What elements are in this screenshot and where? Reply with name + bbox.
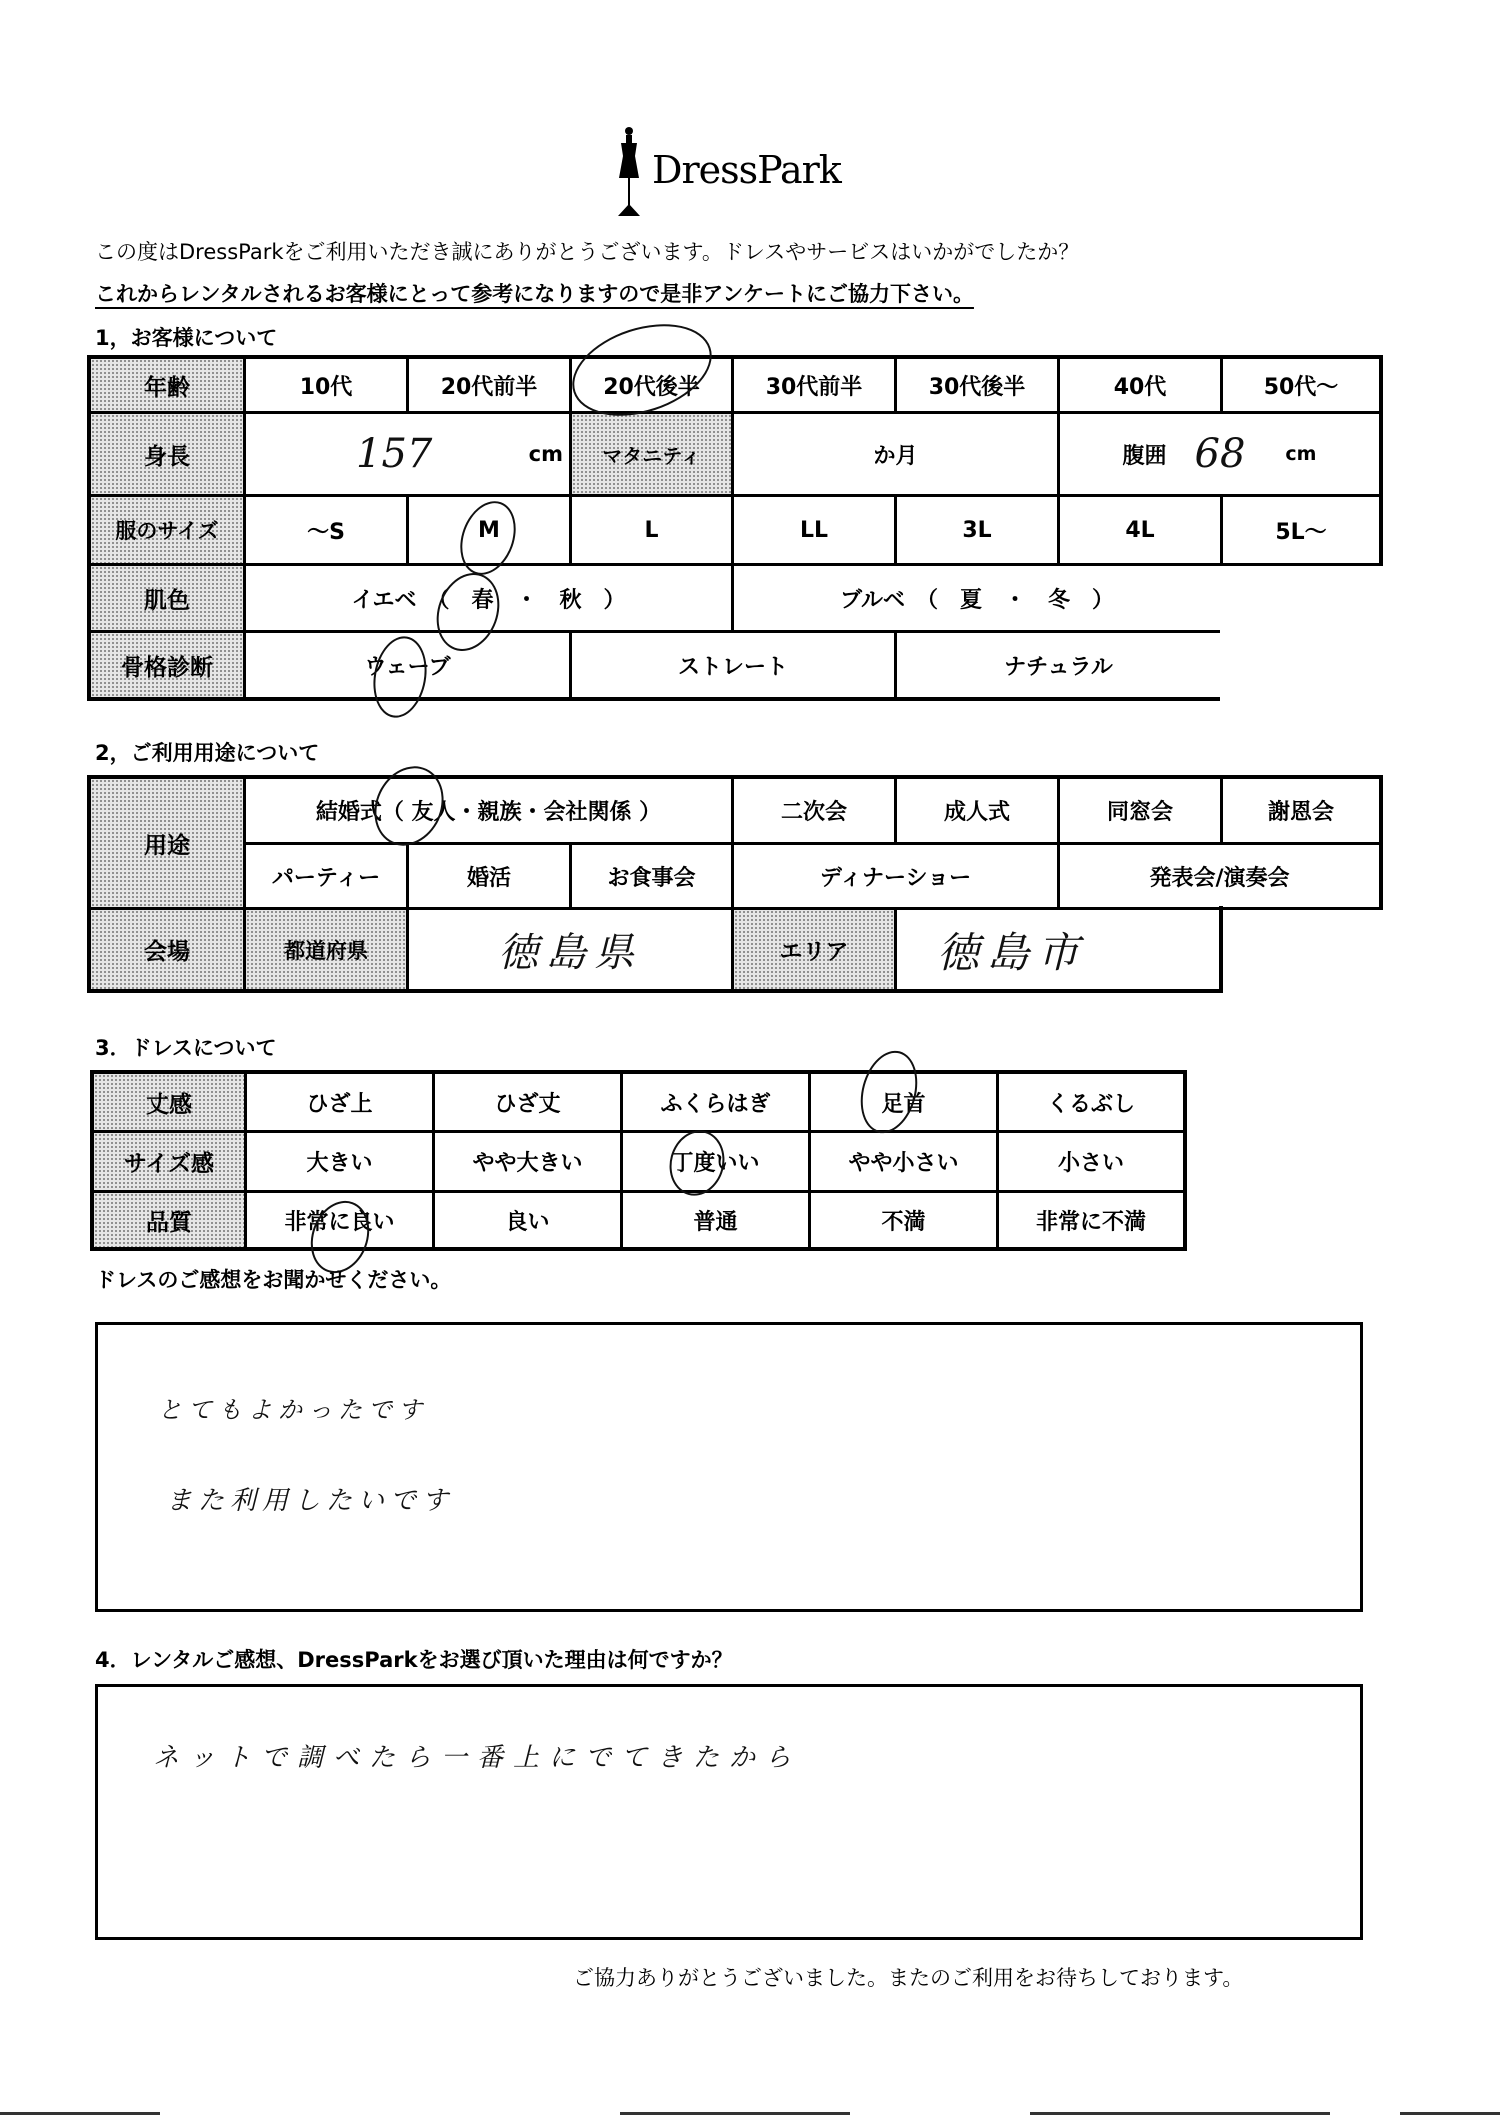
length-label: 丈感 <box>94 1074 247 1133</box>
prefecture-field[interactable]: 徳島県 <box>409 910 734 989</box>
brand-name: DressPark <box>652 148 841 192</box>
prefecture-label: 都道府県 <box>246 910 409 989</box>
purpose-option[interactable]: 婚活 <box>409 845 572 910</box>
skin-yellow-option[interactable]: イエベ （ 春 ・ 秋 ） <box>246 566 734 633</box>
age-option[interactable]: 20代前半 <box>409 359 572 414</box>
intro-thanks: この度はDressParkをご利用いただき誠にありがとうございます。ドレスやサー… <box>95 236 1079 266</box>
purpose-option[interactable]: お食事会 <box>572 845 734 910</box>
purpose-option[interactable]: 謝恩会 <box>1223 779 1379 845</box>
waist-unit: cm <box>1285 443 1316 465</box>
size-option[interactable]: ～S <box>246 497 409 566</box>
age-option[interactable]: 30代後半 <box>897 359 1060 414</box>
height-value: 157 <box>356 431 432 477</box>
size-option[interactable]: LL <box>734 497 897 566</box>
purpose-option[interactable]: ディナーショー <box>734 845 1060 910</box>
purpose-option[interactable]: 発表会/演奏会 <box>1060 845 1379 910</box>
customer-table: 年齢 10代 20代前半 20代後半 30代前半 30代後半 40代 50代～ … <box>87 355 1383 701</box>
height-unit: cm <box>529 442 563 466</box>
age-label: 年齢 <box>91 359 246 414</box>
fit-option-selected[interactable]: 丁度いい <box>623 1133 811 1193</box>
quality-option[interactable]: 良い <box>435 1193 623 1247</box>
fit-label: サイズ感 <box>94 1133 247 1193</box>
waist-value: 68 <box>1195 431 1246 477</box>
age-option[interactable]: 50代～ <box>1223 359 1379 414</box>
reason-answer-box[interactable]: ネットで調べたら一番上にでてきたから <box>95 1684 1363 1940</box>
comment-line: とてもよかったです <box>158 1390 428 1425</box>
area-field[interactable]: 徳島市 <box>897 910 1223 989</box>
comment-line: また利用したいです <box>166 1480 454 1517</box>
quality-option[interactable]: 不満 <box>811 1193 999 1247</box>
skeleton-label: 骨格診断 <box>91 633 246 697</box>
area-value: 徳島市 <box>937 920 1087 980</box>
length-option[interactable]: くるぶし <box>999 1074 1183 1133</box>
purpose-label: 用途 <box>91 779 246 910</box>
age-option-selected[interactable]: 20代後半 <box>572 359 734 414</box>
size-option[interactable]: L <box>572 497 734 566</box>
footer-thanks: ご協力ありがとうございました。またのご利用をお待ちしております。 <box>573 1962 1243 1992</box>
length-option[interactable]: ひざ上 <box>247 1074 435 1133</box>
fit-option[interactable]: やや小さい <box>811 1133 999 1193</box>
size-label: 服のサイズ <box>91 497 246 566</box>
age-option[interactable]: 40代 <box>1060 359 1223 414</box>
blank-area <box>1222 910 1392 1000</box>
purpose-option[interactable]: 同窓会 <box>1060 779 1223 845</box>
skeleton-option-selected[interactable]: ウェーブ <box>246 633 572 697</box>
size-option-selected[interactable]: M <box>409 497 572 566</box>
skin-blue-option[interactable]: ブルベ （ 夏 ・ 冬 ） <box>734 566 1223 633</box>
area-label: エリア <box>734 910 897 989</box>
waist-field[interactable]: 腹囲 68 cm <box>1060 414 1379 497</box>
section4-title: 4．レンタルご感想、DressParkをお選び頂いた理由は何ですか？ <box>95 1644 733 1674</box>
size-option[interactable]: 4L <box>1060 497 1223 566</box>
fit-option[interactable]: 小さい <box>999 1133 1183 1193</box>
size-option[interactable]: 5L～ <box>1223 497 1379 566</box>
divider <box>1216 563 1383 566</box>
purpose-option[interactable]: 成人式 <box>897 779 1060 845</box>
maternity-label: マタニティ <box>572 414 734 497</box>
scan-artifact <box>1030 2112 1330 2115</box>
scan-artifact <box>0 2112 160 2115</box>
age-option[interactable]: 10代 <box>246 359 409 414</box>
quality-label: 品質 <box>94 1193 247 1247</box>
skeleton-option[interactable]: ナチュラル <box>897 633 1223 697</box>
dress-table: 丈感 ひざ上 ひざ丈 ふくらはぎ 足首 くるぶし サイズ感 大きい やや大きい … <box>90 1070 1187 1251</box>
blank-area <box>1220 566 1390 706</box>
maternity-field[interactable]: か月 <box>734 414 1060 497</box>
quality-option[interactable]: 普通 <box>623 1193 811 1247</box>
age-option[interactable]: 30代前半 <box>734 359 897 414</box>
fit-option[interactable]: やや大きい <box>435 1133 623 1193</box>
fit-option[interactable]: 大きい <box>247 1133 435 1193</box>
scan-artifact <box>1400 2112 1500 2115</box>
usage-table: 用途 結婚式（ 友人・親族・会社関係 ） 二次会 成人式 同窓会 謝恩会 パーテ… <box>87 775 1383 993</box>
size-option[interactable]: 3L <box>897 497 1060 566</box>
waist-label: 腹囲 <box>1123 439 1167 470</box>
height-field[interactable]: 157 cm <box>246 414 572 497</box>
section2-title: 2，ご利用用途について <box>95 737 319 767</box>
section3-title: 3．ドレスについて <box>95 1032 277 1062</box>
maternity-unit: か月 <box>873 439 917 470</box>
skeleton-option[interactable]: ストレート <box>572 633 897 697</box>
purpose-option[interactable]: 二次会 <box>734 779 897 845</box>
purpose-option[interactable]: パーティー <box>246 845 409 910</box>
height-label: 身長 <box>91 414 246 497</box>
comment-prompt: ドレスのご感想をお聞かせください。 <box>95 1264 451 1294</box>
dress-comment-box[interactable]: とてもよかったです また利用したいです <box>95 1322 1363 1612</box>
purpose-wedding-option[interactable]: 結婚式（ 友人・親族・会社関係 ） <box>246 779 734 845</box>
quality-option-selected[interactable]: 非常に良い <box>247 1193 435 1247</box>
length-option[interactable]: ふくらはぎ <box>623 1074 811 1133</box>
divider <box>1219 906 1223 993</box>
quality-option[interactable]: 非常に不満 <box>999 1193 1183 1247</box>
length-option-selected[interactable]: 足首 <box>811 1074 999 1133</box>
venue-label: 会場 <box>91 910 246 989</box>
prefecture-value: 徳島県 <box>498 921 642 978</box>
section1-title: 1，お客様について <box>95 322 277 352</box>
scan-artifact <box>620 2112 850 2115</box>
answer-line: ネットで調べたら一番上にでてきたから <box>153 1737 801 1774</box>
dresspark-logo: DressPark <box>612 126 872 218</box>
length-option[interactable]: ひざ丈 <box>435 1074 623 1133</box>
intro-request: これからレンタルされるお客様にとって参考になりますので是非アンケートにご協力下さ… <box>95 278 974 308</box>
skin-label: 肌色 <box>91 566 246 633</box>
dress-mannequin-icon <box>612 126 646 218</box>
